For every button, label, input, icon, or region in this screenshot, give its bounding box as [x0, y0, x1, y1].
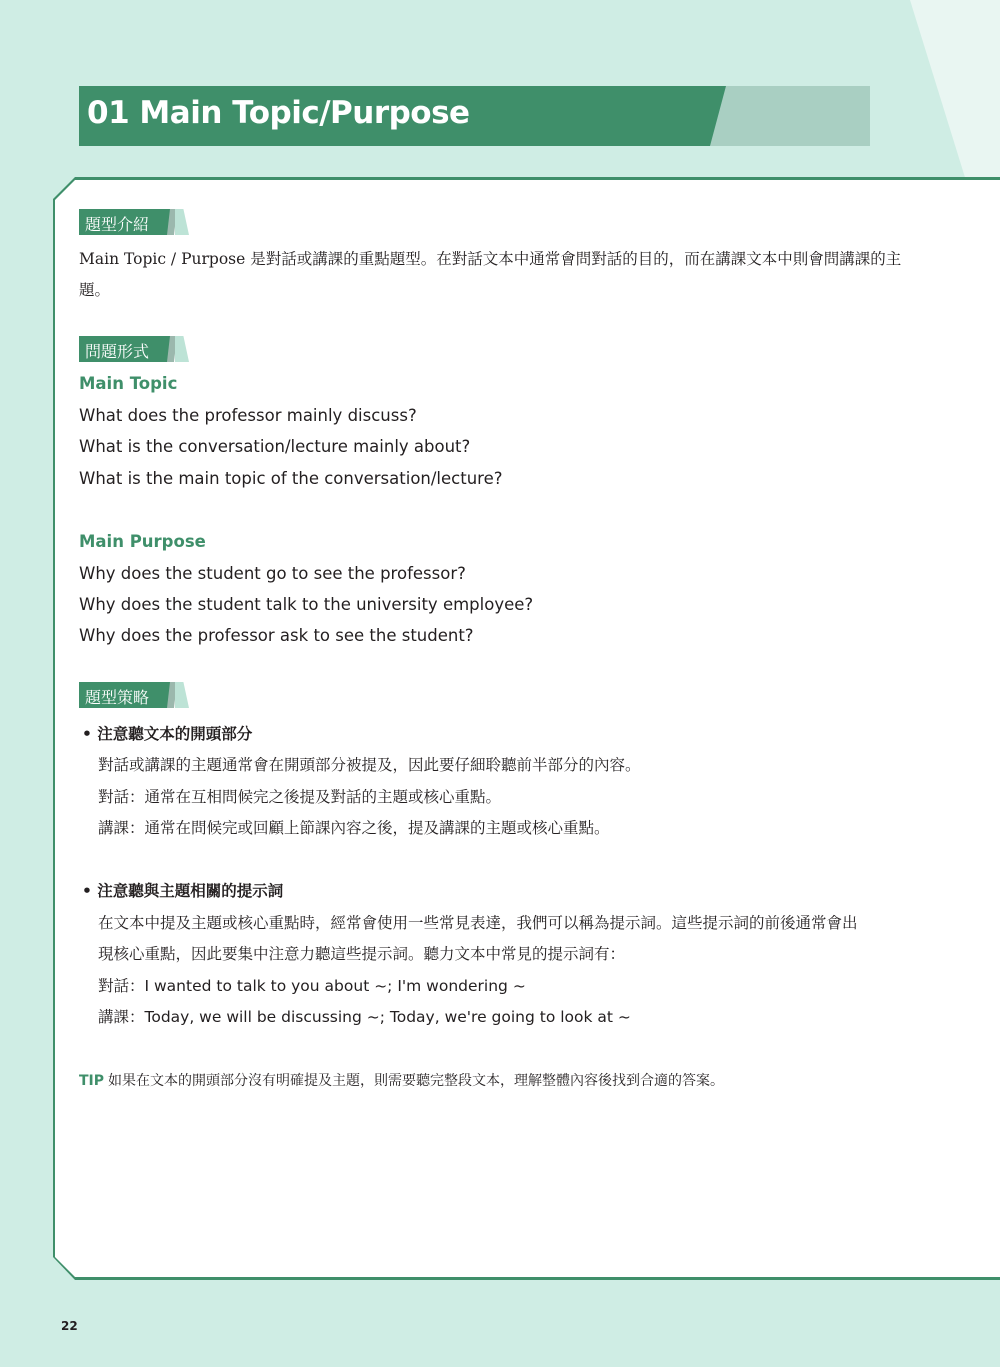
tip-text: 如果在文本的開頭部分沒有明確提及主題，則需要聽完整段文本，理解整體內容後找到合適… — [108, 1073, 724, 1089]
question-line: Why does the student talk to the univers… — [79, 595, 533, 614]
question-line: Why does the professor ask to see the st… — [79, 626, 474, 645]
strategy-line: 講課：Today, we will be discussing ~; Today… — [98, 1005, 631, 1027]
strategy-point-heading: • 注意聽與主題相關的提示詞 — [82, 879, 283, 901]
question-line: What is the conversation/lecture mainly … — [79, 437, 470, 456]
question-line: Why does the student go to see the profe… — [79, 564, 466, 583]
tip-label: TIP — [79, 1073, 104, 1089]
label-stripe-light — [175, 209, 189, 235]
chapter-title-bar: 01 Main Topic/Purpose — [79, 86, 870, 146]
section-label-text: 題型介紹 — [85, 212, 149, 235]
strategy-line: 講課：通常在問候完或回顧上節課內容之後，提及講課的主題或核心重點。 — [98, 816, 610, 838]
chapter-title: 01 Main Topic/Purpose — [87, 95, 470, 131]
label-stripe-light — [175, 682, 189, 708]
question-line: What is the main topic of the conversati… — [79, 469, 503, 488]
strategy-line: 對話：通常在互相問候完之後提及對話的主題或核心重點。 — [98, 785, 501, 807]
section-label-intro: 題型介紹 — [79, 209, 189, 235]
section-label-text: 問題形式 — [85, 339, 149, 362]
decorative-corner-shape — [910, 0, 1000, 180]
page-number: 22 — [61, 1319, 78, 1333]
section-label-strategy: 題型策略 — [79, 682, 189, 708]
strategy-line: 在文本中提及主題或核心重點時，經常會使用一些常見表達，我們可以稱為提示詞。這些提… — [98, 911, 858, 933]
strategy-line: 對話：I wanted to talk to you about ~; I'm … — [98, 974, 526, 996]
title-grey-block — [710, 86, 870, 146]
tip-note: TIP如果在文本的開頭部分沒有明確提及主題，則需要聽完整段文本，理解整體內容後找… — [79, 1070, 724, 1090]
intro-paragraph: Main Topic / Purpose 是對話或講課的重點題型。在對話文本中通… — [79, 244, 929, 306]
main-purpose-heading: Main Purpose — [79, 532, 206, 551]
strategy-line: 現核心重點，因此要集中注意力聽這些提示詞。聽力文本中常見的提示詞有： — [98, 942, 625, 964]
main-topic-heading: Main Topic — [79, 374, 177, 393]
label-stripe-light — [175, 336, 189, 362]
question-line: What does the professor mainly discuss? — [79, 406, 417, 425]
strategy-point-heading: • 注意聽文本的開頭部分 — [82, 722, 252, 744]
strategy-line: 對話或講課的主題通常會在開頭部分被提及，因此要仔細聆聽前半部分的內容。 — [98, 753, 641, 775]
section-label-forms: 問題形式 — [79, 336, 189, 362]
section-label-text: 題型策略 — [85, 685, 149, 708]
